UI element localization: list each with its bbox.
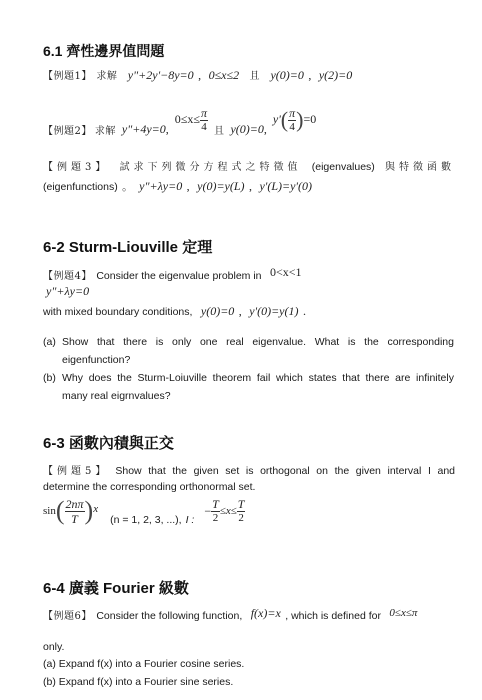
- eigenvalues-term: (eigenvalues): [312, 161, 375, 173]
- section-title-6-1: 6.1 齊性邊界值問題: [43, 41, 164, 61]
- boundary-condition-2: y'(0)=y(1): [249, 304, 298, 318]
- part-a-marker: (a): [43, 336, 56, 348]
- separator: ,: [198, 68, 201, 82]
- index-range: (n = 1, 2, 3, ...),: [110, 514, 182, 526]
- equation: y"+λy=0: [139, 179, 182, 193]
- example-text: with mixed boundary conditions,: [43, 306, 192, 318]
- part-a-text: Expand f(x) into a Fourier cosine series…: [59, 658, 245, 670]
- boundary-condition-2: y' ( π 4 ) =0: [273, 107, 316, 133]
- fraction-denominator: T: [71, 512, 78, 525]
- left-paren: (: [56, 496, 65, 526]
- example-6-line-2: only.: [43, 641, 64, 653]
- example-6-part-b: (b) Expand f(x) into a Fourier sine seri…: [43, 676, 233, 688]
- left-bound-fraction: T 2: [211, 498, 220, 524]
- part-b-line-1: Why does the Sturm-Loiuville theorem fai…: [62, 372, 454, 384]
- part-a-marker: (a): [43, 658, 56, 670]
- example-label: 【例題5】: [43, 462, 109, 477]
- left-paren: (: [281, 107, 288, 133]
- example-1: 【例題1】 求解 y"+2y'−8y=0 , 0≤x≤2 且 y(0)=0 , …: [43, 66, 352, 84]
- interval-label: I :: [186, 514, 195, 526]
- right-bound-fraction: T 2: [237, 498, 246, 524]
- example-label: 【例題2】: [43, 122, 92, 137]
- interval-middle: ≤x≤: [220, 505, 237, 517]
- fraction-denominator: 4: [289, 121, 295, 133]
- interval: − T 2 ≤x≤ T 2: [204, 498, 245, 524]
- separator: ,: [249, 179, 252, 193]
- example-label: 【例題1】: [43, 71, 92, 82]
- boundary-condition-1: y(0)=y(L): [197, 179, 244, 193]
- argument-fraction: 2nπ T: [65, 498, 85, 525]
- domain: 0≤x≤ π 4: [175, 107, 208, 133]
- example-6-part-a: (a) Expand f(x) into a Fourier cosine se…: [43, 658, 244, 670]
- example-text: 試求下列微分方程式之特徵值: [120, 158, 302, 173]
- example-text: Consider the eigenvalue problem in: [96, 270, 261, 282]
- boundary-condition-1: y(0)=0: [270, 68, 303, 82]
- boundary-condition-2: y'(L)=y'(0): [259, 179, 312, 193]
- example-label: 【例題6】: [43, 611, 92, 622]
- example-prompt: 求解: [95, 122, 116, 137]
- section-title-6-3: 6-3 函數內積與正交: [43, 432, 174, 453]
- example-text-end: 與特徵函數: [385, 158, 455, 173]
- equation: y"+4y=0: [122, 122, 166, 137]
- example-2: 【例題2】 求解 y"+4y=0 , 0≤x≤ π 4 且 y(0)=0 , y…: [43, 108, 316, 137]
- part-b-marker: (b): [43, 372, 56, 384]
- variable-x: x: [93, 503, 98, 515]
- separator: ,: [239, 304, 242, 318]
- separator: ,: [308, 68, 311, 82]
- bc2-fraction: π 4: [288, 107, 296, 133]
- domain: 0<x<1: [270, 265, 302, 279]
- fraction-numerator: π: [288, 107, 296, 121]
- right-paren: ): [85, 496, 94, 526]
- right-paren: ): [296, 107, 303, 133]
- equation: y"+2y'−8y=0: [128, 68, 194, 82]
- section-title-6-2: 6-2 Sturm-Liouville 定理: [43, 236, 212, 257]
- example-4-line-3: with mixed boundary conditions, y(0)=0 ,…: [43, 302, 306, 320]
- boundary-condition-2: y(2)=0: [319, 68, 352, 82]
- example-5-line-1: 【例題5】 Show that the given set is orthogo…: [43, 462, 455, 477]
- example-5-line-2: determine the corresponding orthonormal …: [43, 481, 255, 493]
- section-title-6-4: 6-4 廣義 Fourier 級數: [43, 577, 189, 598]
- part-a-line-2: eigenfunction?: [62, 354, 130, 366]
- example-label: 【例題4】: [43, 271, 92, 282]
- separator: ,: [166, 122, 169, 137]
- example-3-line-2: (eigenfunctions) 。 y"+λy=0 , y(0)=y(L) ,…: [43, 177, 312, 195]
- example-text-2: , which is defined for: [285, 610, 381, 622]
- part-b-text: Expand f(x) into a Fourier sine series.: [59, 676, 234, 688]
- conjunction: 且: [250, 71, 261, 82]
- equation: y"+λy=0: [46, 284, 89, 298]
- example-text: Consider the following function,: [96, 610, 242, 622]
- example-label: 【例題3】: [43, 158, 109, 173]
- part-b-line-2: many real eigrnvalues?: [62, 390, 171, 402]
- domain-fraction: π 4: [200, 107, 208, 133]
- example-prompt: 求解: [96, 71, 117, 82]
- domain-left: 0≤x≤: [175, 112, 200, 127]
- fraction-numerator: T: [211, 498, 220, 512]
- separator: ,: [187, 179, 190, 193]
- period: .: [303, 304, 306, 318]
- part-b-marker: (b): [43, 676, 56, 688]
- example-3-line-1: 【例題3】 試求下列微分方程式之特徵值 (eigenvalues) 與特徵函數: [43, 158, 455, 173]
- fraction-numerator: 2nπ: [65, 498, 85, 512]
- separator: ,: [264, 122, 267, 137]
- example-4-equation: y"+λy=0: [46, 282, 89, 300]
- period: 。: [122, 181, 133, 193]
- conjunction: 且: [214, 122, 225, 137]
- domain: 0≤x≤2: [209, 68, 240, 82]
- fraction-denominator: 2: [213, 512, 219, 524]
- part-a-line-1: Show that there is only one real eigenva…: [62, 336, 454, 348]
- fraction-numerator: π: [200, 107, 208, 121]
- function: f(x)=x: [251, 606, 281, 620]
- bc2-left: y': [273, 112, 281, 127]
- example-5-formula: sin ( 2nπ T ) x (n = 1, 2, 3, ...), I : …: [43, 496, 245, 526]
- boundary-condition-1: y(0)=0: [230, 122, 263, 137]
- bc2-right: =0: [303, 112, 316, 127]
- fraction-denominator: 2: [238, 512, 244, 524]
- minus-sign: −: [204, 504, 211, 519]
- example-text: Show that the given set is orthogonal on…: [115, 465, 455, 477]
- boundary-condition-1: y(0)=0: [201, 304, 234, 318]
- fraction-denominator: 4: [201, 121, 207, 133]
- sin-function: sin: [43, 505, 56, 517]
- example-6-line-1: 【例題6】 Consider the following function, f…: [43, 606, 417, 624]
- eigenfunctions-term: (eigenfunctions): [43, 181, 118, 193]
- fraction-numerator: T: [237, 498, 246, 512]
- domain: 0≤x≤π: [389, 607, 417, 619]
